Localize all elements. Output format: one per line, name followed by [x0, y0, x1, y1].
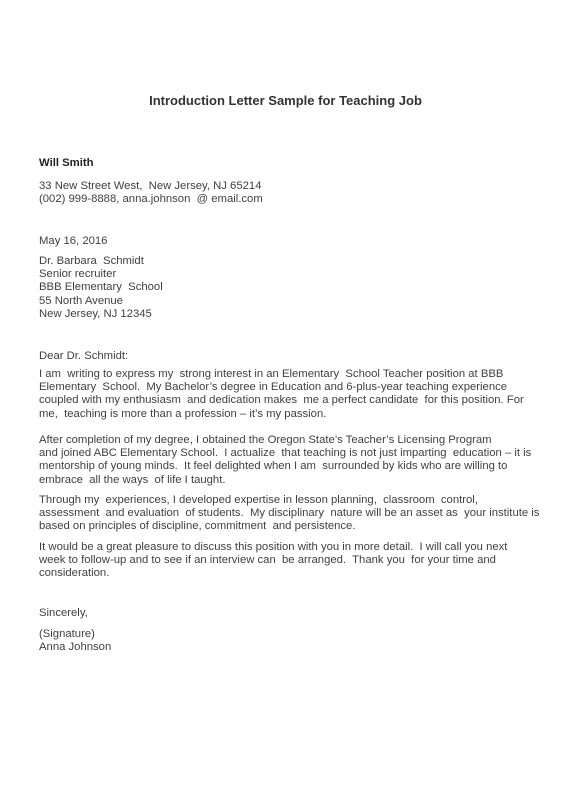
- salutation: Dear Dr. Schmidt:: [39, 350, 128, 363]
- recipient-organization: BBB Elementary School: [39, 281, 163, 294]
- paragraph-1: I am writing to express my strong intere…: [39, 368, 524, 421]
- recipient-city: New Jersey, NJ 12345: [39, 308, 163, 321]
- sender-contact: (002) 999-8888, anna.johnson @ email.com: [39, 193, 263, 206]
- letter-date: May 16, 2016: [39, 235, 107, 248]
- recipient-title: Senior recruiter: [39, 268, 163, 281]
- sender-block: Will Smith 33 New Street West, New Jerse…: [39, 157, 263, 207]
- signer-name: Anna Johnson: [39, 641, 111, 654]
- paragraph-4: It would be a great pleasure to discuss …: [39, 541, 507, 581]
- document-title: Introduction Letter Sample for Teaching …: [0, 93, 571, 108]
- recipient-block: Dr. Barbara Schmidt Senior recruiter BBB…: [39, 255, 163, 321]
- signature-block: (Signature) Anna Johnson: [39, 628, 111, 654]
- closing: Sincerely,: [39, 607, 88, 620]
- sender-name: Will Smith: [39, 157, 263, 170]
- paragraph-2: After completion of my degree, I obtaine…: [39, 434, 531, 487]
- paragraph-3: Through my experiences, I developed expe…: [39, 494, 539, 534]
- sender-address: 33 New Street West, New Jersey, NJ 65214: [39, 180, 263, 193]
- recipient-street: 55 North Avenue: [39, 295, 163, 308]
- signature-placeholder: (Signature): [39, 628, 111, 641]
- recipient-name: Dr. Barbara Schmidt: [39, 255, 163, 268]
